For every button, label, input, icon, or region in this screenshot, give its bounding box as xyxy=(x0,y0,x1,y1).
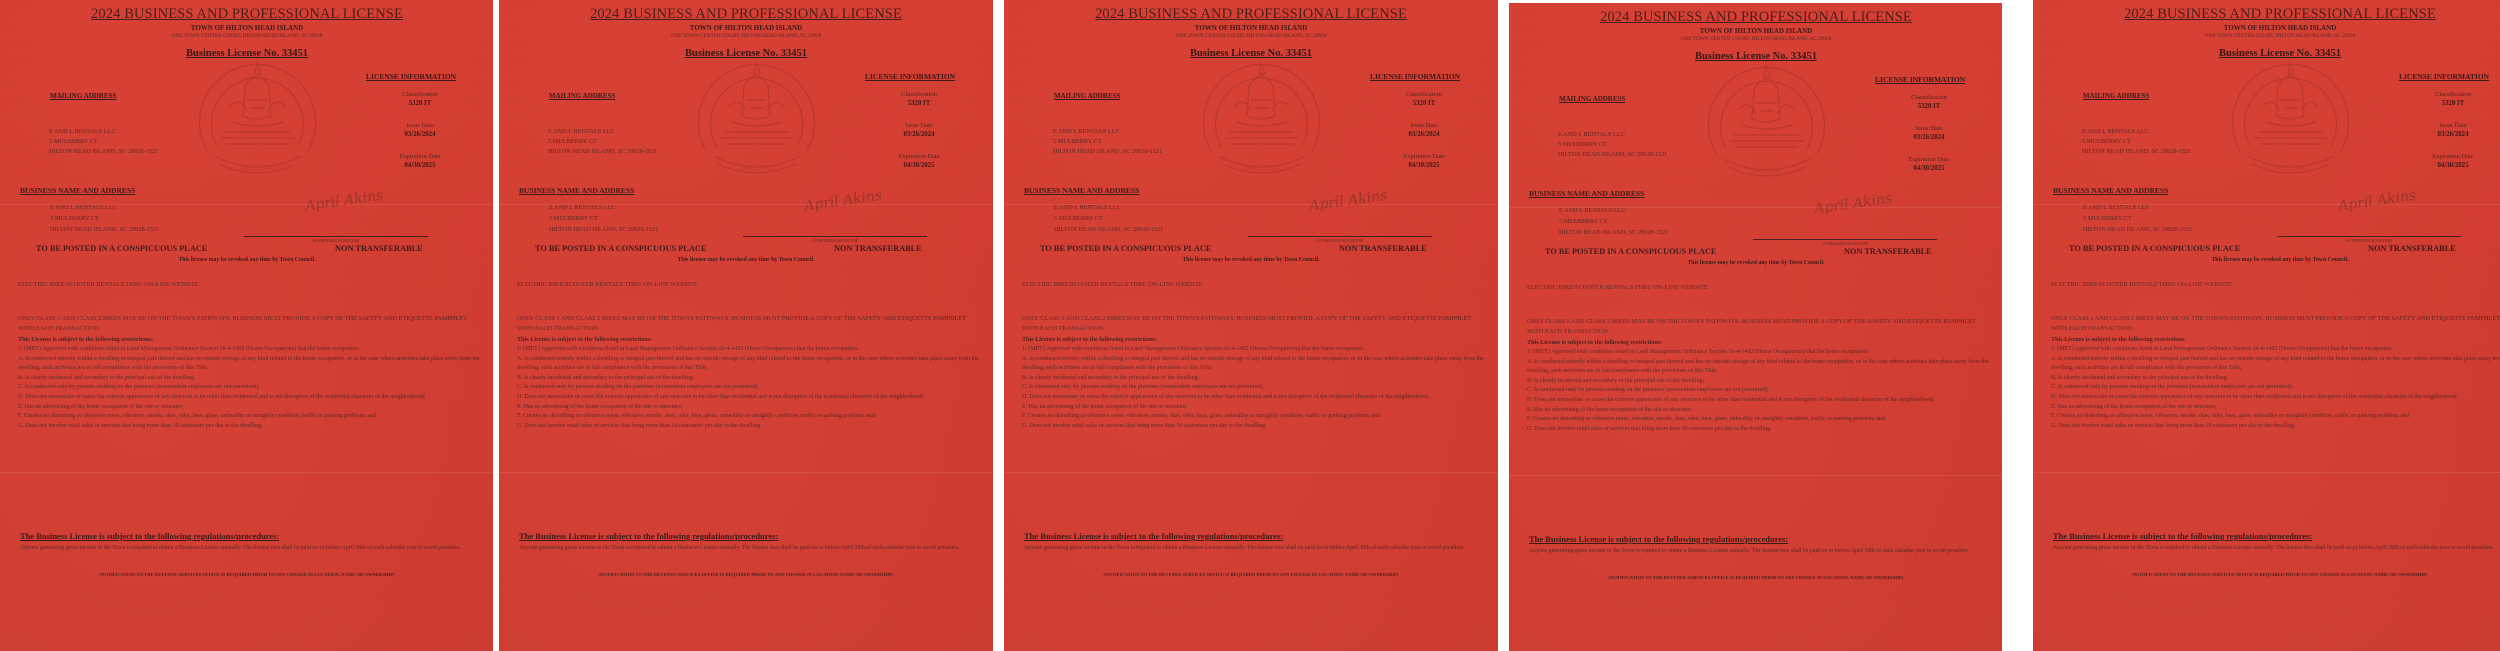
mailing-address-line: E AND L RENTALS LLC xyxy=(548,127,657,137)
license-information-heading: LICENSE INFORMATION xyxy=(2399,72,2489,81)
mailing-address-line: 5 MULBERRY CT xyxy=(1558,140,1667,150)
restriction-item: G. Does not involve retail sales or serv… xyxy=(2051,422,2500,432)
restrictions-list: 1: [MET] Approved with conditions listed… xyxy=(18,345,484,431)
class-note: ONLY CLASS 1 AND CLASS 2 BIKES MAY BE ON… xyxy=(18,314,480,333)
expiration-date-value: 04/30/2025 xyxy=(1889,165,1969,172)
mailing-address-line: HILTON HEAD ISLAND, SC 29928-1521 xyxy=(548,147,657,157)
business-address-line: HILTON HEAD ISLAND, SC 29928-1521 xyxy=(50,224,159,235)
town-name: TOWN OF HILTON HEAD ISLAND xyxy=(499,24,993,32)
license-number: Business License No. 33451 xyxy=(1004,48,1498,59)
svg-text:1663-1983: 1663-1983 xyxy=(2275,164,2306,172)
restriction-item: F. Creates no disturbing or offensive no… xyxy=(2051,412,2500,422)
expiration-date-value: 04/30/2025 xyxy=(380,162,460,169)
restriction-item: E. Has no advertising of the home occupa… xyxy=(517,403,983,413)
license-document: 1663-1983 2024 BUSINESS AND PROFESSIONAL… xyxy=(1509,3,2002,651)
license-copy-2: 1663-1983 2024 BUSINESS AND PROFESSIONAL… xyxy=(499,0,993,651)
restriction-item: F. Creates no disturbing or offensive no… xyxy=(1527,415,1993,425)
license-information-heading: LICENSE INFORMATION xyxy=(1370,72,1460,81)
regulations-body: Anyone generating gross income in the To… xyxy=(519,543,969,553)
restriction-item: F. Creates no disturbing or offensive no… xyxy=(18,412,484,422)
restrictions-heading: This License is subject to the following… xyxy=(517,336,652,343)
restriction-item: C. Is conducted only by persons residing… xyxy=(18,383,484,393)
classification-value: 5320 IT xyxy=(2413,100,2493,107)
restriction-item: E. Has no advertising of the home occupa… xyxy=(18,403,484,413)
issue-date-label: Issue Date xyxy=(2413,122,2493,129)
business-address: E AND L RENTALS LLC 5 MULBERRY CT HILTON… xyxy=(2083,202,2192,235)
non-transferable-notice: NON TRANSFERABLE xyxy=(2368,244,2456,253)
issue-date-label: Issue Date xyxy=(1384,122,1464,129)
town-seal-watermark-icon: 1663-1983 xyxy=(185,56,330,176)
expiration-date-label: Expiration Date xyxy=(380,153,460,160)
license-title: 2024 BUSINESS AND PROFESSIONAL LICENSE xyxy=(2033,6,2500,23)
mailing-address-heading: MAILING ADDRESS xyxy=(2083,92,2149,100)
restriction-item: D. Does not necessitate or cause the ext… xyxy=(2051,393,2500,403)
expiration-date-field: Expiration Date 04/30/2025 xyxy=(1889,156,1969,172)
issue-date-label: Issue Date xyxy=(879,122,959,129)
restriction-item: F. Creates no disturbing or offensive no… xyxy=(517,412,983,422)
restriction-item: C. Is conducted only by persons residing… xyxy=(1527,386,1993,396)
mailing-address-heading: MAILING ADDRESS xyxy=(50,92,116,100)
license-information-heading: LICENSE INFORMATION xyxy=(865,72,955,81)
mailing-address: E AND L RENTALS LLC 5 MULBERRY CT HILTON… xyxy=(2082,127,2191,157)
business-address-line: 5 MULBERRY CT xyxy=(1054,213,1163,224)
restriction-item: B. Is clearly incidental and secondary t… xyxy=(1527,377,1993,387)
restriction-item: B. Is clearly incidental and secondary t… xyxy=(2051,374,2500,384)
license-number: Business License No. 33451 xyxy=(1509,51,2002,62)
restrictions-heading: This License is subject to the following… xyxy=(1527,339,1662,346)
license-number: Business License No. 33451 xyxy=(2033,48,2500,59)
issue-date-value: 03/26/2024 xyxy=(879,131,959,138)
license-document: 1663-1983 2024 BUSINESS AND PROFESSIONAL… xyxy=(1004,0,1498,651)
svg-text:1663-1983: 1663-1983 xyxy=(1246,164,1277,172)
business-name-address-heading: BUSINESS NAME AND ADDRESS xyxy=(20,186,135,195)
business-address-line: E AND L RENTALS LLC xyxy=(2083,202,2192,213)
notification-requirement: (NOTIFICATION TO THE REVENUE SERVICES OF… xyxy=(1004,572,1498,577)
revocation-note: This license may be revoked any time by … xyxy=(499,257,993,263)
mailing-address-line: 5 MULBERRY CT xyxy=(49,137,158,147)
classification-value: 5320 IT xyxy=(380,100,460,107)
mailing-address-heading: MAILING ADDRESS xyxy=(1559,95,1625,103)
business-address-line: HILTON HEAD ISLAND, SC 29928-1521 xyxy=(549,224,658,235)
restriction-item: G. Does not involve retail sales or serv… xyxy=(517,422,983,432)
business-address-line: HILTON HEAD ISLAND, SC 29928-1521 xyxy=(2083,224,2192,235)
signature-label: AUTHORIZED SIGNATURE xyxy=(244,239,428,243)
regulations-heading: The Business License is subject to the f… xyxy=(1529,534,1788,544)
authorized-signature: April Akins xyxy=(304,188,384,215)
business-address: E AND L RENTALS LLC 5 MULBERRY CT HILTON… xyxy=(50,202,159,235)
business-address-line: 5 MULBERRY CT xyxy=(50,213,159,224)
notification-requirement: (NOTIFICATION TO THE REVENUE SERVICES OF… xyxy=(1509,575,2002,580)
class-note: ONLY CLASS 1 AND CLASS 2 BIKES MAY BE ON… xyxy=(517,314,979,333)
town-seal-watermark-icon: 1663-1983 xyxy=(1694,59,1839,179)
business-address-line: 5 MULBERRY CT xyxy=(549,213,658,224)
paper-fold-line xyxy=(1509,475,2002,476)
license-document: 1663-1983 2024 BUSINESS AND PROFESSIONAL… xyxy=(0,0,493,651)
svg-text:1663-1983: 1663-1983 xyxy=(242,164,273,172)
signature-label: AUTHORIZED SIGNATURE xyxy=(1753,242,1937,246)
expiration-date-label: Expiration Date xyxy=(879,153,959,160)
license-number: Business License No. 33451 xyxy=(499,48,993,59)
authorized-signature: April Akins xyxy=(2337,188,2417,215)
mailing-address-line: E AND L RENTALS LLC xyxy=(1053,127,1162,137)
class-note: ONLY CLASS 1 AND CLASS 2 BIKES MAY BE ON… xyxy=(1022,314,1484,333)
regulations-body: Anyone generating gross income in the To… xyxy=(1024,543,1474,553)
signature-line xyxy=(1248,236,1432,237)
restriction-item: G. Does not involve retail sales or serv… xyxy=(18,422,484,432)
town-name: TOWN OF HILTON HEAD ISLAND xyxy=(2033,24,2500,32)
classification-value: 5320 IT xyxy=(879,100,959,107)
svg-text:1663-1983: 1663-1983 xyxy=(741,164,772,172)
expiration-date-value: 04/30/2025 xyxy=(879,162,959,169)
town-seal-watermark-icon: 1663-1983 xyxy=(684,56,829,176)
mailing-address-line: 5 MULBERRY CT xyxy=(1053,137,1162,147)
restrictions-list: 1: [MET] Approved with conditions listed… xyxy=(517,345,983,431)
license-title: 2024 BUSINESS AND PROFESSIONAL LICENSE xyxy=(1509,9,2002,26)
svg-text:1663-1983: 1663-1983 xyxy=(1751,167,1782,175)
business-description: ELECTRIC BIKE/SCOOTER RENTALS THRU ON-LI… xyxy=(1022,281,1203,288)
issue-date-field: Issue Date 03/26/2024 xyxy=(1384,122,1464,138)
classification-field: Classification 5320 IT xyxy=(2413,91,2493,107)
restrictions-list: 1: [MET] Approved with conditions listed… xyxy=(1527,348,1993,434)
restriction-item: D. Does not necessitate or cause the ext… xyxy=(517,393,983,403)
business-description: ELECTRIC BIKE/SCOOTER RENTALS THRU ON-LI… xyxy=(517,281,698,288)
license-document: 1663-1983 2024 BUSINESS AND PROFESSIONAL… xyxy=(2033,0,2500,651)
restriction-item: A. Is conducted entirely within a dwelli… xyxy=(1527,358,1993,377)
non-transferable-notice: NON TRANSFERABLE xyxy=(1339,244,1427,253)
restriction-item: D. Does not necessitate or cause the ext… xyxy=(18,393,484,403)
signature-label: AUTHORIZED SIGNATURE xyxy=(743,239,927,243)
restriction-item: B. Is clearly incidental and secondary t… xyxy=(1022,374,1488,384)
town-address: ONE TOWN CENTER COURT, HILTON HEAD ISLAN… xyxy=(499,33,993,39)
signature-label: AUTHORIZED SIGNATURE xyxy=(1248,239,1432,243)
posting-notice: TO BE POSTED IN A CONSPICUOUS PLACE xyxy=(2069,244,2240,253)
issue-date-field: Issue Date 03/26/2024 xyxy=(1889,125,1969,141)
license-copy-4: 1663-1983 2024 BUSINESS AND PROFESSIONAL… xyxy=(1509,3,2002,651)
signature-label: AUTHORIZED SIGNATURE xyxy=(2277,239,2461,243)
issue-date-value: 03/26/2024 xyxy=(1384,131,1464,138)
expiration-date-label: Expiration Date xyxy=(1384,153,1464,160)
posting-notice: TO BE POSTED IN A CONSPICUOUS PLACE xyxy=(535,244,706,253)
classification-label: Classification xyxy=(2413,91,2493,98)
expiration-date-field: Expiration Date 04/30/2025 xyxy=(1384,153,1464,169)
class-note: ONLY CLASS 1 AND CLASS 2 BIKES MAY BE ON… xyxy=(2051,314,2500,333)
town-name: TOWN OF HILTON HEAD ISLAND xyxy=(0,24,493,32)
license-copy-5: 1663-1983 2024 BUSINESS AND PROFESSIONAL… xyxy=(2033,0,2500,651)
signature-line xyxy=(743,236,927,237)
regulations-body: Anyone generating gross income in the To… xyxy=(1529,546,1979,556)
restriction-item: B. Is clearly incidental and secondary t… xyxy=(18,374,484,384)
restriction-item: B. Is clearly incidental and secondary t… xyxy=(517,374,983,384)
regulations-body: Anyone generating gross income in the To… xyxy=(20,543,470,553)
signature-line xyxy=(2277,236,2461,237)
business-address-line: HILTON HEAD ISLAND, SC 29928-1521 xyxy=(1559,227,1668,238)
license-title: 2024 BUSINESS AND PROFESSIONAL LICENSE xyxy=(0,6,493,23)
revocation-note: This license may be revoked any time by … xyxy=(2033,257,2500,263)
non-transferable-notice: NON TRANSFERABLE xyxy=(834,244,922,253)
restriction-item: 1: [MET] Approved with conditions listed… xyxy=(18,345,484,355)
mailing-address: E AND L RENTALS LLC 5 MULBERRY CT HILTON… xyxy=(1053,127,1162,157)
restrictions-heading: This License is subject to the following… xyxy=(1022,336,1157,343)
restriction-item: G. Does not involve retail sales or serv… xyxy=(1527,425,1993,435)
license-number: Business License No. 33451 xyxy=(0,48,493,59)
business-name-address-heading: BUSINESS NAME AND ADDRESS xyxy=(1529,189,1644,198)
issue-date-label: Issue Date xyxy=(1889,125,1969,132)
mailing-address-line: HILTON HEAD ISLAND, SC 29928-1521 xyxy=(49,147,158,157)
restrictions-heading: This License is subject to the following… xyxy=(2051,336,2186,343)
classification-field: Classification 5320 IT xyxy=(380,91,460,107)
classification-label: Classification xyxy=(879,91,959,98)
issue-date-label: Issue Date xyxy=(380,122,460,129)
restriction-item: A. Is conducted entirely within a dwelli… xyxy=(2051,355,2500,374)
mailing-address-line: E AND L RENTALS LLC xyxy=(2082,127,2191,137)
expiration-date-label: Expiration Date xyxy=(1889,156,1969,163)
authorized-signature: April Akins xyxy=(803,188,883,215)
restriction-item: C. Is conducted only by persons residing… xyxy=(517,383,983,393)
expiration-date-value: 04/30/2025 xyxy=(2413,162,2493,169)
revocation-note: This license may be revoked any time by … xyxy=(1509,260,2002,266)
non-transferable-notice: NON TRANSFERABLE xyxy=(335,244,423,253)
posting-notice: TO BE POSTED IN A CONSPICUOUS PLACE xyxy=(36,244,207,253)
authorized-signature: April Akins xyxy=(1308,188,1388,215)
restriction-item: F. Creates no disturbing or offensive no… xyxy=(1022,412,1488,422)
classification-label: Classification xyxy=(380,91,460,98)
restriction-item: A. Is conducted entirely within a dwelli… xyxy=(18,355,484,374)
business-address-line: HILTON HEAD ISLAND, SC 29928-1521 xyxy=(1054,224,1163,235)
expiration-date-value: 04/30/2025 xyxy=(1384,162,1464,169)
mailing-address-line: HILTON HEAD ISLAND, SC 29928-1521 xyxy=(2082,147,2191,157)
paper-fold-line xyxy=(499,472,993,473)
revocation-note: This license may be revoked any time by … xyxy=(1004,257,1498,263)
restriction-item: D. Does not necessitate or cause the ext… xyxy=(1022,393,1488,403)
signature-line xyxy=(1753,239,1937,240)
mailing-address-line: E AND L RENTALS LLC xyxy=(1558,130,1667,140)
posting-notice: TO BE POSTED IN A CONSPICUOUS PLACE xyxy=(1545,247,1716,256)
restriction-item: 1: [MET] Approved with conditions listed… xyxy=(1022,345,1488,355)
issue-date-value: 03/26/2024 xyxy=(380,131,460,138)
paper-fold-line xyxy=(1004,472,1498,473)
mailing-address: E AND L RENTALS LLC 5 MULBERRY CT HILTON… xyxy=(548,127,657,157)
license-title: 2024 BUSINESS AND PROFESSIONAL LICENSE xyxy=(1004,6,1498,23)
revocation-note: This license may be revoked any time by … xyxy=(0,257,493,263)
business-address-line: E AND L RENTALS LLC xyxy=(1054,202,1163,213)
business-name-address-heading: BUSINESS NAME AND ADDRESS xyxy=(2053,186,2168,195)
classification-field: Classification 5320 IT xyxy=(1384,91,1464,107)
mailing-address: E AND L RENTALS LLC 5 MULBERRY CT HILTON… xyxy=(1558,130,1667,160)
restrictions-list: 1: [MET] Approved with conditions listed… xyxy=(2051,345,2500,431)
mailing-address-heading: MAILING ADDRESS xyxy=(549,92,615,100)
town-address: ONE TOWN CENTER COURT, HILTON HEAD ISLAN… xyxy=(1004,33,1498,39)
business-name-address-heading: BUSINESS NAME AND ADDRESS xyxy=(1024,186,1139,195)
business-address-line: E AND L RENTALS LLC xyxy=(50,202,159,213)
business-address-line: 5 MULBERRY CT xyxy=(2083,213,2192,224)
paper-fold-line xyxy=(2033,472,2500,473)
town-address: ONE TOWN CENTER COURT, HILTON HEAD ISLAN… xyxy=(2033,33,2500,39)
regulations-heading: The Business License is subject to the f… xyxy=(1024,531,1283,541)
mailing-address-line: HILTON HEAD ISLAND, SC 29928-1521 xyxy=(1558,150,1667,160)
mailing-address-line: 5 MULBERRY CT xyxy=(2082,137,2191,147)
restriction-item: 1: [MET] Approved with conditions listed… xyxy=(1527,348,1993,358)
non-transferable-notice: NON TRANSFERABLE xyxy=(1844,247,1932,256)
paper-fold-line xyxy=(0,472,493,473)
business-address: E AND L RENTALS LLC 5 MULBERRY CT HILTON… xyxy=(1559,205,1668,238)
posting-notice: TO BE POSTED IN A CONSPICUOUS PLACE xyxy=(1040,244,1211,253)
expiration-date-field: Expiration Date 04/30/2025 xyxy=(380,153,460,169)
town-address: ONE TOWN CENTER COURT, HILTON HEAD ISLAN… xyxy=(1509,36,2002,42)
expiration-date-field: Expiration Date 04/30/2025 xyxy=(879,153,959,169)
regulations-heading: The Business License is subject to the f… xyxy=(20,531,279,541)
restriction-item: G. Does not involve retail sales or serv… xyxy=(1022,422,1488,432)
issue-date-value: 03/26/2024 xyxy=(1889,134,1969,141)
expiration-date-label: Expiration Date xyxy=(2413,153,2493,160)
restrictions-list: 1: [MET] Approved with conditions listed… xyxy=(1022,345,1488,431)
business-description: ELECTRIC BIKE/SCOOTER RENTALS THRU ON-LI… xyxy=(2051,281,2232,288)
notification-requirement: (NOTIFICATION TO THE REVENUE SERVICES OF… xyxy=(0,572,493,577)
business-address: E AND L RENTALS LLC 5 MULBERRY CT HILTON… xyxy=(549,202,658,235)
restriction-item: 1: [MET] Approved with conditions listed… xyxy=(517,345,983,355)
restriction-item: D. Does not necessitate or cause the ext… xyxy=(1527,396,1993,406)
business-address: E AND L RENTALS LLC 5 MULBERRY CT HILTON… xyxy=(1054,202,1163,235)
classification-value: 5320 IT xyxy=(1384,100,1464,107)
business-name-address-heading: BUSINESS NAME AND ADDRESS xyxy=(519,186,634,195)
town-seal-watermark-icon: 1663-1983 xyxy=(1189,56,1334,176)
classification-field: Classification 5320 IT xyxy=(1889,94,1969,110)
notification-requirement: (NOTIFICATION TO THE REVENUE SERVICES OF… xyxy=(499,572,993,577)
classification-field: Classification 5320 IT xyxy=(879,91,959,107)
expiration-date-field: Expiration Date 04/30/2025 xyxy=(2413,153,2493,169)
classification-value: 5320 IT xyxy=(1889,103,1969,110)
business-description: ELECTRIC BIKE/SCOOTER RENTALS THRU ON-LI… xyxy=(1527,284,1708,291)
business-address-line: E AND L RENTALS LLC xyxy=(1559,205,1668,216)
regulations-heading: The Business License is subject to the f… xyxy=(2053,531,2312,541)
restriction-item: E. Has no advertising of the home occupa… xyxy=(2051,403,2500,413)
issue-date-field: Issue Date 03/26/2024 xyxy=(2413,122,2493,138)
license-title: 2024 BUSINESS AND PROFESSIONAL LICENSE xyxy=(499,6,993,23)
issue-date-field: Issue Date 03/26/2024 xyxy=(380,122,460,138)
restriction-item: E. Has no advertising of the home occupa… xyxy=(1022,403,1488,413)
business-description: ELECTRIC BIKE/SCOOTER RENTALS THRU ON-LI… xyxy=(18,281,199,288)
restriction-item: E. Has no advertising of the home occupa… xyxy=(1527,406,1993,416)
license-information-heading: LICENSE INFORMATION xyxy=(366,72,456,81)
class-note: ONLY CLASS 1 AND CLASS 2 BIKES MAY BE ON… xyxy=(1527,317,1989,336)
classification-label: Classification xyxy=(1889,94,1969,101)
mailing-address-line: 5 MULBERRY CT xyxy=(548,137,657,147)
town-name: TOWN OF HILTON HEAD ISLAND xyxy=(1509,27,2002,35)
restriction-item: A. Is conducted entirely within a dwelli… xyxy=(1022,355,1488,374)
regulations-heading: The Business License is subject to the f… xyxy=(519,531,778,541)
signature-line xyxy=(244,236,428,237)
issue-date-field: Issue Date 03/26/2024 xyxy=(879,122,959,138)
town-name: TOWN OF HILTON HEAD ISLAND xyxy=(1004,24,1498,32)
license-document: 1663-1983 2024 BUSINESS AND PROFESSIONAL… xyxy=(499,0,993,651)
mailing-address-line: E AND L RENTALS LLC xyxy=(49,127,158,137)
town-seal-watermark-icon: 1663-1983 xyxy=(2218,56,2363,176)
mailing-address-line: HILTON HEAD ISLAND, SC 29928-1521 xyxy=(1053,147,1162,157)
notification-requirement: (NOTIFICATION TO THE REVENUE SERVICES OF… xyxy=(2033,572,2500,577)
issue-date-value: 03/26/2024 xyxy=(2413,131,2493,138)
restrictions-heading: This License is subject to the following… xyxy=(18,336,153,343)
mailing-address-heading: MAILING ADDRESS xyxy=(1054,92,1120,100)
restriction-item: C. Is conducted only by persons residing… xyxy=(1022,383,1488,393)
classification-label: Classification xyxy=(1384,91,1464,98)
mailing-address: E AND L RENTALS LLC 5 MULBERRY CT HILTON… xyxy=(49,127,158,157)
town-address: ONE TOWN CENTER COURT, HILTON HEAD ISLAN… xyxy=(0,33,493,39)
license-information-heading: LICENSE INFORMATION xyxy=(1875,75,1965,84)
business-address-line: 5 MULBERRY CT xyxy=(1559,216,1668,227)
restriction-item: 1: [MET] Approved with conditions listed… xyxy=(2051,345,2500,355)
license-copy-3: 1663-1983 2024 BUSINESS AND PROFESSIONAL… xyxy=(1004,0,1498,651)
regulations-body: Anyone generating gross income in the To… xyxy=(2053,543,2500,553)
authorized-signature: April Akins xyxy=(1813,191,1893,218)
license-copy-1: 1663-1983 2024 BUSINESS AND PROFESSIONAL… xyxy=(0,0,493,651)
restriction-item: C. Is conducted only by persons residing… xyxy=(2051,383,2500,393)
restriction-item: A. Is conducted entirely within a dwelli… xyxy=(517,355,983,374)
business-address-line: E AND L RENTALS LLC xyxy=(549,202,658,213)
